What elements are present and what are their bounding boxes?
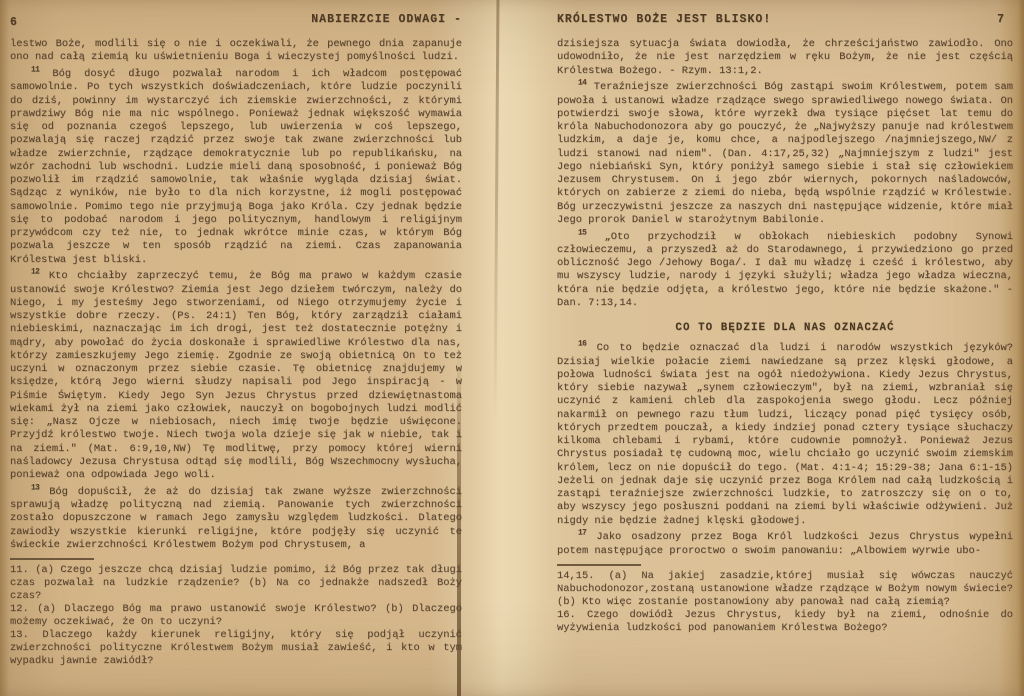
numbered-paragraph: 15 „Oto przychodził w obłokach niebieski… xyxy=(557,231,1013,311)
paragraph-number: 13 xyxy=(31,484,39,492)
numbered-paragraph: 14 Teraźniejsze zwierzchności Bóg zastąp… xyxy=(557,81,1013,227)
numbered-paragraph: 17 Jako osadzony przez Boga Król ludzkoś… xyxy=(557,531,1013,558)
page-number: 7 xyxy=(997,13,1005,26)
study-questions: 11. (a) Czego jeszcze chcą dzisiaj ludzi… xyxy=(10,564,462,668)
page-left: 6 NABIERZCIE ODWAGI - lestwo Boże, modli… xyxy=(10,0,462,696)
continuation-paragraph: dzisiejsza sytuacja świata dowiodła, że … xyxy=(557,38,1013,78)
study-question: 14,15. (a) Na jakiej zasadzie,której mus… xyxy=(557,570,1013,609)
page-number: 6 xyxy=(10,16,18,29)
book-spread: 6 NABIERZCIE ODWAGI - lestwo Boże, modli… xyxy=(0,0,1024,696)
footnote-divider xyxy=(10,558,94,560)
paragraph-number: 17 xyxy=(578,530,586,538)
numbered-paragraph: 16 Co to będzie oznaczać dla ludzi i nar… xyxy=(557,342,1013,528)
numbered-paragraph: 13 Bóg dopuścił, że aż do dzisiaj tak zw… xyxy=(10,486,462,552)
page-body: lestwo Boże, modlili się o nie i oczekiw… xyxy=(10,38,462,552)
footnote-divider xyxy=(557,564,641,566)
gutter-crease-top xyxy=(494,0,500,420)
section-heading: CO TO BĘDZIE DLA NAS OZNACZAĆ xyxy=(557,322,1013,335)
paragraph-number: 12 xyxy=(31,269,39,277)
numbered-paragraph: 12 Kto chciałby zaprzeczyć temu, że Bóg … xyxy=(10,270,462,482)
study-question: 12. (a) Dlaczego Bóg ma prawo ustanowić … xyxy=(10,603,462,629)
paragraph-number: 11 xyxy=(31,67,39,75)
study-questions: 14,15. (a) Na jakiej zasadzie,której mus… xyxy=(557,570,1013,635)
running-header-left: 6 NABIERZCIE ODWAGI - xyxy=(10,13,462,31)
paragraph-number: 15 xyxy=(578,229,586,237)
study-question: 13. Dlaczego każdy kierunek religijny, k… xyxy=(10,629,462,668)
study-question: 11. (a) Czego jeszcze chcą dzisiaj ludzi… xyxy=(10,564,462,603)
study-question: 16. Czego dowiódł Jezus Chrystus, kiedy … xyxy=(557,609,1013,635)
running-head-title: KRÓLESTWO BOŻE JEST BLISKO! xyxy=(557,13,771,26)
running-head-title: NABIERZCIE ODWAGI - xyxy=(311,13,462,26)
page-right: KRÓLESTWO BOŻE JEST BLISKO! 7 dzisiejsza… xyxy=(557,0,1013,696)
numbered-paragraph: 11 Bóg dosyć długo pozwalał narodom i ic… xyxy=(10,68,462,267)
paragraph-number: 16 xyxy=(578,341,586,349)
running-header-right: KRÓLESTWO BOŻE JEST BLISKO! 7 xyxy=(557,13,1013,31)
paragraph-number: 14 xyxy=(578,80,586,88)
page-body: dzisiejsza sytuacja świata dowiodła, że … xyxy=(557,38,1013,558)
continuation-paragraph: lestwo Boże, modlili się o nie i oczekiw… xyxy=(10,38,462,65)
